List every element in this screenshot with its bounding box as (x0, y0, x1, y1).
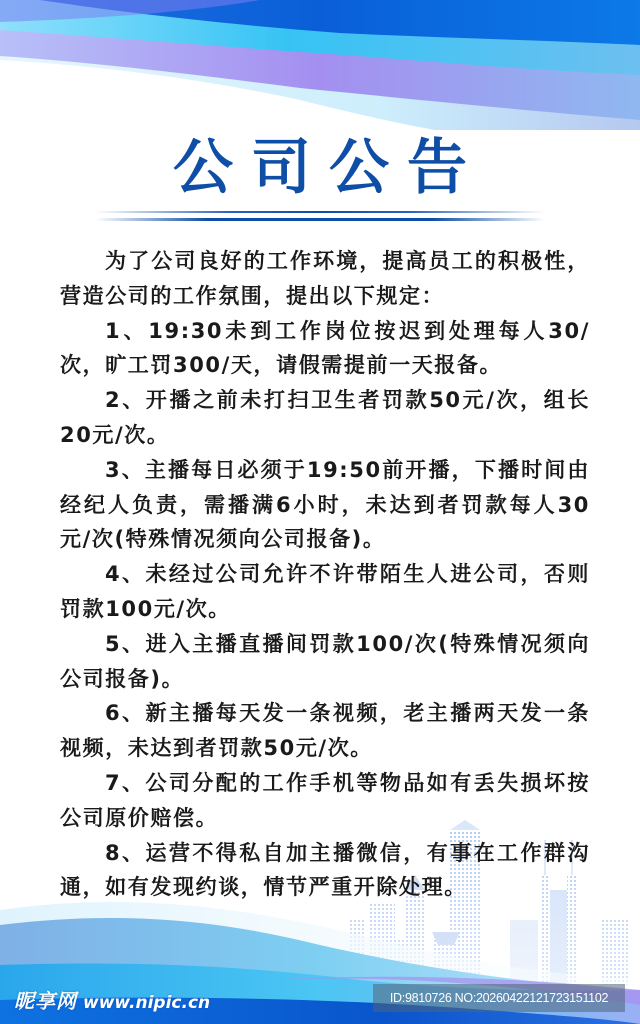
watermark-logo-text: 昵享网 (14, 989, 77, 1013)
rule-1: 1、19:30未到工作岗位按迟到处理每人30/次，旷工罚300/天，请假需提前一… (60, 314, 590, 384)
intro-paragraph: 为了公司良好的工作环境，提高员工的积极性，营造公司的工作氛围，提出以下规定： (60, 244, 590, 314)
rule-4: 4、未经过公司允许不许带陌生人进公司，否则罚款100元/次。 (60, 557, 590, 627)
top-wave-decoration (0, 0, 640, 130)
rule-3: 3、主播每日必须于19:50前开播，下播时间由经纪人负责，需播满6小时，未达到者… (60, 453, 590, 557)
rule-6: 6、新主播每天发一条视频，老主播两天发一条视频，未达到者罚款50元/次。 (60, 696, 590, 766)
rule-8: 8、运营不得私自加主播微信，有事在工作群沟通，如有发现约谈，情节严重开除处理。 (60, 836, 590, 906)
rule-7: 7、公司分配的工作手机等物品如有丢失损坏按公司原价赔偿。 (60, 766, 590, 836)
rule-2: 2、开播之前未打扫卫生者罚款50元/次，组长20元/次。 (60, 383, 590, 453)
title-underline-top (95, 211, 545, 213)
watermark-id-badge: ID:9810726 NO:20260422121723151102 (373, 984, 625, 1012)
title-underline-bottom (95, 218, 545, 221)
watermark-logo: 昵享网www.nipic.cn (14, 985, 210, 1014)
page-title: 公司公告 (0, 128, 640, 208)
rule-5: 5、进入主播直播间罚款100/次(特殊情况须向公司报备)。 (60, 627, 590, 697)
watermark-url: www.nipic.cn (83, 993, 210, 1013)
notice-body: 为了公司良好的工作环境，提高员工的积极性，营造公司的工作氛围，提出以下规定： 1… (60, 244, 590, 905)
